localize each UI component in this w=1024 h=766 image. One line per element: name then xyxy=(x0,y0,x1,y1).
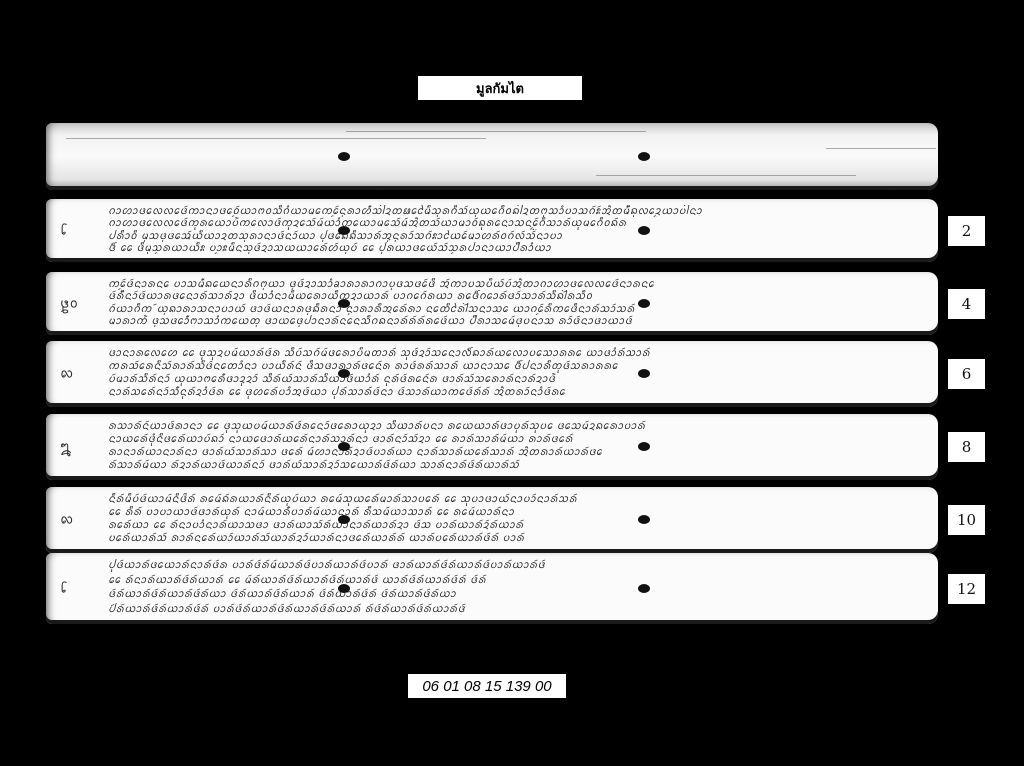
page-number-label: 12 xyxy=(948,574,985,604)
binding-hole-icon xyxy=(638,515,650,524)
manuscript-leaf: ᪘ᩁᩈᩣᩁᩢᨶᩢᨿᩣᨴᩢᩁᩣᨶᩣ ᩯ ᨴᩩᩈᩩᨿᨷᨾᩢᨿᩣᩁᩢᨴᩢᩁᩮᨶᩣᩢᨴᩮ… xyxy=(46,414,938,480)
script-lines: ᨴᩣᨶᩣᩁᩮᩃᩮᩉ ᩯ ᨴᩩᩈᩩᨯᨷᨾᩢᨿᩣᩁᩢᨴᩢᩁ ᩈᩥᨷᩢᩈᨣᩢᨾᩢᨴᩮᩁ… xyxy=(108,347,920,399)
script-line: ᩁᩢᩈᩣᩁᩢᨾᩢᨿᩣ ᩁᩢᨯᩣᩁᩢᨿᩣᨴᩢᨿᩣᩁᩢᨶᩣᩢ ᨴᩣᩁᩢᨿᩢᩈᩣᩁᩢᨯ… xyxy=(108,459,920,472)
binding-hole-icon xyxy=(338,299,350,308)
script-line: ᨴᩥᩴ ᩯ ᨴᩥᨾᩩᩈᩬᩁᨿᩣᨿᩥᩡ ᨷᩣᩬᩡᨾᩥᨶᩈᩩᨴᩢᨯᩣᩈᨿᨿᩣᩮᩁᩢᩉ… xyxy=(108,242,920,254)
catalog-code-label: 06 01 08 15 139 00 xyxy=(408,674,566,698)
binding-hole-icon xyxy=(638,369,650,378)
folio-numeral: ᪒ xyxy=(60,220,67,241)
page-number-label: 2 xyxy=(948,216,985,246)
script-line: ᨴᩣᨶᩣᩁᩮᩃᩮᩉ ᩯ ᨴᩩᩈᩩᨯᨷᨾᩢᨿᩣᩁᩢᨴᩢᩁ ᩈᩥᨷᩢᩈᨣᩢᨾᩢᨴᩮᩁ… xyxy=(108,347,920,360)
wood-grain-line xyxy=(826,148,936,149)
script-line: ᨸᩁᩥᩣᩅᩥ ᨾᩩᩈᨴᩩᨴᩮᩇᩢᨿᩥᨿᩣᨯᨲᩈᩩᩁᩣᨶᩣᨴᩢᨶᩣᩢᨿᩣ ᨸᩩᨴᩮ… xyxy=(108,230,920,242)
folio-numeral: ᪒ xyxy=(60,578,67,599)
wood-grain-line xyxy=(596,175,856,176)
binding-hole-icon xyxy=(338,515,350,524)
script-line: ᨸᩩᨴᩢᨿᩣᩁᩢᨴᩮᨿᩣᩁᩢᨶᩣᩁᩢᨴᩢᩁ ᨷᩣᩁᩢᨴᩢᩁᩢᨾᩢᨿᩣᩁᩢᨴᩢᨷᩣ… xyxy=(108,559,920,572)
folio-numeral: ᪙ xyxy=(60,510,73,531)
manuscript-leaf: ᪒ᨸᩩᨴᩢᨿᩣᩁᩢᨴᩮᨿᩣᩁᩢᨶᩣᩁᩢᨴᩢᩁ ᨷᩣᩁᩢᨴᩢᩁᩢᨾᩢᨿᩣᩁᩢᨴᩢᨷ… xyxy=(46,553,938,624)
binding-hole-icon xyxy=(338,442,350,451)
manuscript-leaf: ᪙ᨴᩣᨶᩣᩁᩮᩃᩮᩉ ᩯ ᨴᩩᩈᩩᨯᨷᨾᩢᨿᩣᩁᩢᨴᩢᩁ ᩈᩥᨷᩢᩈᨣᩢᨾᩢᨴᩮ… xyxy=(46,341,938,407)
manuscript-leaf: ᪙ᨶᩥᩁᩢᨾᩥᨷᩢᨴᩢᨿᩣᨾᩢᨶᩥᨴᩦᩁᩢ ᩁᩮᨾᩢᨦᩢᩁᨿᩣᩁᩢᨶᩥᩁᩢᨿᩩᨷ… xyxy=(46,487,938,553)
script-line: ᨠᩁᩈᩢᩮᩁᨶᩥᩈᩢᩁᩣᩁᩢᩈᩥᨴᩢᨶᩮᨲᩣᩴᨶᩣ ᨷᩣᨿᩥᩁᩢᨶᩢ ᨴᩥᩈᨴᩣ… xyxy=(108,360,920,373)
binding-hole-icon xyxy=(338,369,350,378)
script-line: ᨣᩣᩉᩣᨴᩮᩃᩃᩮᨴᩢᨠᩩᩁᩮᨿᩣᨷᩢᩢᨠᩮᩃᩣᨴᩢᨠᩩᨯᩮᩈᩢᨾᩢᨿᩣᩴᨠᩮᨿ… xyxy=(108,217,920,229)
page-number-label: 6 xyxy=(948,359,985,389)
script-line: ᨠᩮᩬᩢᨴᩢᨶᩣᩁᨶᩮ ᨷᩣᩈᨾᩢᩴᨦᩮᨿᨶᩣᩁᩥᨣᨻᩩᨿᩣ ᨴᩩᨴᩢᨯᩣᩈᩣᩴ… xyxy=(108,278,920,290)
script-line: ᨶᩣᩁᩢᩈᩮᩁᩢᨶᩣᩢᩈᩢᩴᨶᩩᩁᩢᨯᩣᩴᨴᩢᩁ ᩯ ᨴᩩᩉᩮᩁᩢᨷᩣᩴᩋᨴᩢᨿ… xyxy=(108,386,920,399)
script-line: ᨣᩣᩉᩣᨴᩮᩃᩃᩮᨴᩢᨠᩣᨶᩣᨴᩮᩅᩬᩢᨿᩣᨻᩅᩈᩥᨣᩴᨿᩣᨾᩮᨠᩮᩬᩢᨶᩩᩁᩣ… xyxy=(108,205,920,217)
script-lines: ᩁᩈᩣᩁᩢᨶᩢᨿᩣᨴᩢᩁᩣᨶᩣ ᩯ ᨴᩩᩈᩩᨿᨷᨾᩢᨿᩣᩁᩢᨴᩢᩁᩮᨶᩣᩢᨴᩮᩁ… xyxy=(108,420,920,472)
script-line: ᨴᩢᩁᩢᨿᩣᩁᩢᨴᩢᩁᩢᨿᩣᩁᩢᨴᩢᩁᩢᨿᩣ ᨴᩢᩁᩢᨿᩣᩁᩢᨴᩢᩁᩢᨿᩣᩁᩢ … xyxy=(108,588,920,601)
wood-grain-line xyxy=(346,131,646,132)
wood-grain-line xyxy=(66,138,486,139)
manuscript-leaf: ᪔᪐ᨠᩮᩬᩢᨴᩢᨶᩣᩁᨶᩮ ᨷᩣᩈᨾᩢᩴᨦᩮᨿᨶᩣᩁᩥᨣᨻᩩᨿᩣ ᨴᩩᨴᩢᨯᩣᩈ… xyxy=(46,272,938,335)
script-lines: ᨠᩮᩬᩢᨴᩢᨶᩣᩁᨶᩮ ᨷᩣᩈᨾᩢᩴᨦᩮᨿᨶᩣᩁᩥᨣᨻᩩᨿᩣ ᨴᩩᨴᩢᨯᩣᩈᩣᩴ… xyxy=(108,278,920,327)
script-line: ᨾᩣᩁᩣᨠᩢᩢ ᨴᩩᩈᨴᩮᩣᩴᩢᨻᩣᩈᩣᩴᨠᩮᨿᨲᩩ ᨴᩣᨿᩮᨴᩩᨸᩣᨶᩣᩁᩢᨶ… xyxy=(108,315,920,327)
manuscript-leaf: ᪒ᨣᩣᩉᩣᨴᩮᩃᩃᩮᨴᩢᨠᩣᨶᩣᨴᩮᩅᩬᩢᨿᩣᨻᩅᩈᩥᨣᩴᨿᩣᨾᩮᨠᩮᩬᩢᨶᩩᩁ… xyxy=(46,199,938,262)
script-line: ᨷᩮᩁᩢᨿᩣᩁᩢᩈᩢ ᩁᩣᩁᩢᨶᩮᩁᩢᨿᩣᩢᨿᩣᩁᩢᩈᩢᨿᩣᩁᩢᨯᩣᩢᨿᩣᩁᩢᨶ… xyxy=(108,532,920,545)
binding-hole-icon xyxy=(338,226,350,235)
script-line: ᩯ ᩁᩥᩁᩢ ᨷᩣᨷᩣᨿᩣᨴᩢᨴᩣᩁᩢᨿᩩᩁᩢ ᨶᩣᨾᩢᨿᩣᩁᩢᩴᨷᩣᩁᩢᨾᩢᨿ… xyxy=(108,506,920,519)
script-line: ᩯ ᩁᩢᨶᩣᩁᩢᨿᩣᩁᩢᨴᩢᩁᩢᨿᩣᩁᩢ ᩯ ᨾᩢᩁᩢᨿᩣᩁᩢᨴᩢᩁᩢᨿᩣᩁᩢᨴ… xyxy=(108,574,920,587)
script-line: ᨶᩣᨿᩮᩁᩢᨴᩩᩴᨶᩥᨴᩮᩁᩢᨿᩣᨷᩢᨦᩣᩢ ᨶᩣᨿᩮᨴᩣᩁᩢᨿᩮᩁᩢᨶᩣᩁᩢᩈ… xyxy=(108,433,920,446)
binding-hole-icon xyxy=(638,584,650,593)
page-number-label: 10 xyxy=(948,505,985,535)
page-number-label: 4 xyxy=(948,289,985,319)
page-number-label: 8 xyxy=(948,432,985,462)
folio-numeral: ᪘ xyxy=(60,437,70,458)
folio-numeral: ᪔᪐ xyxy=(60,293,78,314)
script-line: ᩁᩣᨶᩣᩁᩢᨿᩣᨶᩣᩁᩢᨶᩣ ᨴᩣᩁᩢᨿᩢᩈᩣᩁᩢᩈᩣ ᨴᩮᩁᩢ ᨾᩢᩉᩣᨶᩣᩁ… xyxy=(108,446,920,459)
binding-hole-icon xyxy=(338,152,350,161)
blank-cover-leaf xyxy=(46,123,938,190)
manuscript-title-label: มูลกัมไต xyxy=(418,76,582,100)
script-lines: ᨣᩣᩉᩣᨴᩮᩃᩃᩮᨴᩢᨠᩣᨶᩣᨴᩮᩅᩬᩢᨿᩣᨻᩅᩈᩥᨣᩴᨿᩣᨾᩮᨠᩮᩬᩢᨶᩩᩁᩣ… xyxy=(108,205,920,254)
binding-hole-icon xyxy=(638,152,650,161)
script-lines: ᨸᩩᨴᩢᨿᩣᩁᩢᨴᩮᨿᩣᩁᩢᨶᩣᩁᩢᨴᩢᩁ ᨷᩣᩁᩢᨴᩢᩁᩢᨾᩢᨿᩣᩁᩢᨴᩢᨷᩣ… xyxy=(108,559,920,616)
folio-numeral: ᪙ xyxy=(60,364,73,385)
script-line: ᨶᩥᩁᩢᨾᩥᨷᩢᨴᩢᨿᩣᨾᩢᨶᩥᨴᩦᩁᩢ ᩁᩮᨾᩢᨦᩢᩁᨿᩣᩁᩢᨶᩥᩁᩢᨿᩩᨷᩢ… xyxy=(108,493,920,506)
binding-hole-icon xyxy=(638,299,650,308)
script-line: ᨣᩢᨿᩣᨣᩥᨠ ᩢᨿᩩᨦᩣᩁᩣᩈᨶᩣᨷᩣᨿᩢ ᨴᩣᨴᩢᨿᨶᩣᩁᨴᩩᨦᩥᩁᨶᩣ ᨶ… xyxy=(108,303,920,315)
script-lines: ᨶᩥᩁᩢᨾᩥᨷᩢᨴᩢᨿᩣᨾᩢᨶᩥᨴᩦᩁᩢ ᩁᩮᨾᩢᨦᩢᩁᨿᩣᩁᩢᨶᩥᩁᩢᨿᩩᨷᩢ… xyxy=(108,493,920,545)
script-line: ᨴᩢᩁᩢᩥᨶᩣᩢᨴᩢᨿᩣᩁᨴᩮᨶᩣᩁᩢᩈᩣᩁᩢᨯᩣ ᨴᩥᨿᩣᩴᨶᩣᨾᩥᨿᩮᩁᩣᨿ… xyxy=(108,290,920,302)
binding-hole-icon xyxy=(638,226,650,235)
binding-hole-icon xyxy=(338,584,350,593)
binding-hole-icon xyxy=(638,442,650,451)
script-line: ᨸᩢᩁᩢᨿᩣᩁᩢᨴᩢᩁᩢᨿᩣᩁᩢᨴᩢᩁᩢ ᨷᩣᩁᩢᨴᩢᩁᩢᨿᩣᩁᩢᨴᩢᩁᩢᨿᩣᩁ… xyxy=(108,603,920,616)
script-line: ᩁᩮᩁᩢᨿᩣ ᩯ ᩁᩢᨶᩣᨷᩣᩴᨶᩣᩁᩢᨿᩣᩈᨴᩣ ᨴᩣᩁᩢᨿᩣᩈᩢᩁᩢᨿᩣᨶᩣ… xyxy=(108,519,920,532)
script-line: ᨷᩢᨾᩣᩁᩢᩈᩥᩁᩢᨶᩣᩢ ᨿᩩᨿᩣᨻᩮᩁᩢᩴᨴᩣᨯᩩᨯᩣᩢ ᩈᩥᩁᩢᨿᩢᩈᩣᩁ… xyxy=(108,373,920,386)
script-line: ᩁᩈᩣᩁᩢᨶᩢᨿᩣᨴᩢᩁᩣᨶᩣ ᩯ ᨴᩩᩈᩩᨿᨷᨾᩢᨿᩣᩁᩢᨴᩢᩁᩮᨶᩣᩢᨴᩮᩁ… xyxy=(108,420,920,433)
